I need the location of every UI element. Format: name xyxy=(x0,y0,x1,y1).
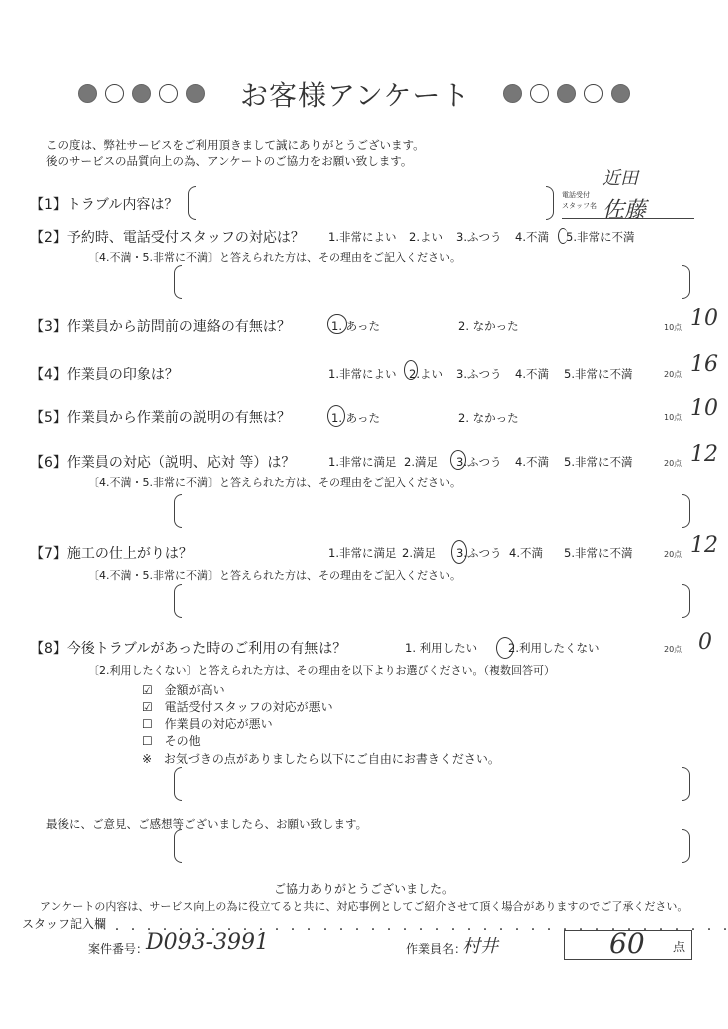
intro-line-1: この度は、弊社サービスをご利用頂きまして誠にありがとうございます。 xyxy=(46,137,425,153)
empty-checkbox-icon: ☐ xyxy=(142,717,153,731)
q6-option-5[interactable]: 5.非常に不満 xyxy=(564,454,632,470)
thanks-text: ご協力ありがとうございました。 xyxy=(0,880,728,897)
q6-reason-prompt: 〔4.不満・5.非常に不満〕と答えられた方は、その理由をご記入ください。 xyxy=(88,474,461,490)
q4-option-2[interactable]: 2.よい xyxy=(409,366,443,382)
q8-score: 0 xyxy=(698,630,712,655)
question-text: 作業員から作業前の説明の有無は？ xyxy=(67,410,291,426)
question-text: 予約時、電話受付スタッフの対応は？ xyxy=(67,230,305,246)
bracket-right xyxy=(682,829,690,863)
final-prompt: 最後に、ご意見、ご感想等ございましたら、お願い致します。 xyxy=(46,816,367,832)
page-title: お客様アンケート xyxy=(240,74,470,114)
q5-score: 10 xyxy=(690,396,718,421)
question-number: 【6】 xyxy=(30,455,67,471)
bracket-right xyxy=(682,265,690,299)
q6-option-1[interactable]: 1.非常に満足 xyxy=(328,454,396,470)
total-score-box: 60 点 xyxy=(564,930,692,960)
checkbox-label: その他 xyxy=(165,734,201,748)
q6-points-label: 20点 xyxy=(664,458,682,469)
question-3: 【3】作業員から訪問前の連絡の有無は？ xyxy=(30,316,291,336)
filled-dot-icon xyxy=(611,84,630,103)
note-text: お気づきの点がありましたら以下にご自由にお書きください。 xyxy=(164,752,500,766)
q7-score: 12 xyxy=(690,533,718,558)
q2-option-4[interactable]: 4.不満 xyxy=(515,229,549,245)
bracket-left xyxy=(174,265,182,299)
q6-option-3[interactable]: 3.ふつう xyxy=(456,454,501,470)
question-number: 【5】 xyxy=(30,410,67,426)
question-number: 【1】 xyxy=(30,197,67,213)
bracket-left xyxy=(174,584,182,618)
q8-reason-prompt: 〔2.利用したくない〕と答えられた方は、その理由を以下よりお選びください。（複数… xyxy=(88,662,555,678)
q7-option-2[interactable]: 2.満足 xyxy=(402,545,436,561)
checkbox-other[interactable]: ☐ その他 xyxy=(142,732,201,749)
filled-dot-icon xyxy=(503,84,522,103)
q8-option-1[interactable]: 1. 利用したい xyxy=(405,640,477,656)
checkbox-label: 作業員の対応が悪い xyxy=(165,717,273,731)
worker-name-value[interactable]: 村井 xyxy=(462,932,498,958)
title-row: お客様アンケート xyxy=(0,72,728,116)
checked-checkbox-icon: ☑ xyxy=(142,700,153,714)
q2-reason-prompt: 〔4.不満・5.非常に不満〕と答えられた方は、その理由をご記入ください。 xyxy=(88,249,461,265)
q3-score: 10 xyxy=(690,306,718,331)
question-1: 【1】トラブル内容は？ xyxy=(30,194,178,214)
empty-checkbox-icon: ☐ xyxy=(142,734,153,748)
q8-points-label: 20点 xyxy=(664,644,682,655)
phone-staff-label-1: 電話受付 xyxy=(562,190,597,201)
checkbox-label: 金額が高い xyxy=(165,683,225,697)
q7-option-1[interactable]: 1.非常に満足 xyxy=(328,545,396,561)
filled-dot-icon xyxy=(132,84,151,103)
q5-option-2[interactable]: 2. なかった xyxy=(458,410,519,426)
q7-option-3[interactable]: 3.ふつう xyxy=(456,545,501,561)
q7-points-label: 20点 xyxy=(664,549,682,560)
q4-score: 16 xyxy=(690,352,718,377)
intro-line-2: 後のサービスの品質向上の為、アンケートのご協力をお願い致します。 xyxy=(46,153,412,169)
q4-option-3[interactable]: 3.ふつう xyxy=(456,366,501,382)
bracket-left xyxy=(174,829,182,863)
q7-option-5[interactable]: 5.非常に不満 xyxy=(564,545,632,561)
question-number: 【4】 xyxy=(30,367,67,383)
handwritten-staff-note: 近田 xyxy=(602,164,638,190)
staff-section-label: スタッフ記入欄 xyxy=(22,915,106,932)
q3-option-2[interactable]: 2. なかった xyxy=(458,318,519,334)
question-text: 今後トラブルがあった時のご利用の有無は？ xyxy=(67,641,346,657)
phone-staff-label-2: スタッフ名 xyxy=(562,201,597,212)
reference-mark-icon: ※ xyxy=(142,752,152,766)
question-5: 【5】作業員から作業前の説明の有無は？ xyxy=(30,407,291,427)
q2-option-3[interactable]: 3.ふつう xyxy=(456,229,501,245)
question-6: 【6】作業員の対応（説明、応対 等）は？ xyxy=(30,452,295,472)
q2-reason-field[interactable] xyxy=(182,267,682,297)
checkbox-label: 電話受付スタッフの対応が悪い xyxy=(165,700,333,714)
handwritten-staff-name[interactable]: 佐藤 xyxy=(602,193,646,224)
checkbox-high-price[interactable]: ☑ 金額が高い xyxy=(142,681,225,698)
q5-points-label: 10点 xyxy=(664,412,682,423)
checkbox-worker-bad[interactable]: ☐ 作業員の対応が悪い xyxy=(142,715,273,732)
case-number-label: 案件番号： xyxy=(88,940,148,957)
checked-checkbox-icon: ☑ xyxy=(142,683,153,697)
question-number: 【7】 xyxy=(30,546,67,562)
q6-option-2[interactable]: 2.満足 xyxy=(404,454,438,470)
q7-reason-field[interactable] xyxy=(182,586,682,616)
question-2: 【2】予約時、電話受付スタッフの対応は？ xyxy=(30,227,305,247)
bracket-right xyxy=(682,767,690,801)
q7-option-4[interactable]: 4.不満 xyxy=(509,545,543,561)
q6-reason-field[interactable] xyxy=(182,496,682,526)
answer-field-left-bracket xyxy=(188,186,196,220)
q7-reason-prompt: 〔4.不満・5.非常に不満〕と答えられた方は、その理由をご記入ください。 xyxy=(88,567,461,583)
question-number: 【2】 xyxy=(30,230,67,246)
final-comment-field[interactable] xyxy=(182,831,682,861)
worker-name-label: 作業員名： xyxy=(406,940,466,957)
total-score: 60 xyxy=(609,927,645,960)
question-text: 作業員の印象は？ xyxy=(67,367,179,383)
bracket-left xyxy=(174,767,182,801)
open-dot-icon xyxy=(159,84,178,103)
q3-points-label: 10点 xyxy=(664,322,682,333)
question-text: トラブル内容は？ xyxy=(67,197,178,213)
q6-score: 12 xyxy=(690,442,718,467)
question-number: 【8】 xyxy=(30,641,67,657)
disclaimer-text: アンケートの内容は、サービス向上の為に役立てると共に、対応事例としてご紹介させて… xyxy=(40,898,688,914)
phone-staff-label: 電話受付 スタッフ名 xyxy=(562,190,597,212)
question-text: 作業員の対応（説明、応対 等）は？ xyxy=(67,455,295,471)
bracket-left xyxy=(174,494,182,528)
filled-dot-icon xyxy=(186,84,205,103)
q2-option-2[interactable]: 2.よい xyxy=(409,229,443,245)
filled-dot-icon xyxy=(78,84,97,103)
q2-option-1[interactable]: 1.非常によい xyxy=(328,229,396,245)
q8-comment-field[interactable] xyxy=(182,769,682,799)
question-text: 作業員から訪問前の連絡の有無は？ xyxy=(67,319,291,335)
q4-option-5[interactable]: 5.非常に不満 xyxy=(564,366,632,382)
question-8: 【8】今後トラブルがあった時のご利用の有無は？ xyxy=(30,638,346,658)
q4-option-4[interactable]: 4.不満 xyxy=(515,366,549,382)
q4-option-1[interactable]: 1.非常によい xyxy=(328,366,396,382)
q2-option-5[interactable]: 5.非常に不満 xyxy=(566,229,634,245)
open-dot-icon xyxy=(584,84,603,103)
case-number-value[interactable]: D093-3991 xyxy=(146,930,269,955)
filled-dot-icon xyxy=(557,84,576,103)
question-number: 【3】 xyxy=(30,319,67,335)
bracket-right xyxy=(682,584,690,618)
checkbox-phone-staff-bad[interactable]: ☑ 電話受付スタッフの対応が悪い xyxy=(142,698,333,715)
q6-option-4[interactable]: 4.不満 xyxy=(515,454,549,470)
q4-points-label: 20点 xyxy=(664,369,682,380)
question-7: 【7】施工の仕上がりは？ xyxy=(30,543,193,563)
bracket-right xyxy=(682,494,690,528)
q8-option-2[interactable]: 2.利用したくない xyxy=(508,640,599,656)
q5-option-1[interactable]: 1. あった xyxy=(331,410,380,426)
trouble-content-field[interactable] xyxy=(196,188,546,218)
open-dot-icon xyxy=(530,84,549,103)
answer-field-right-bracket xyxy=(546,186,554,220)
q3-option-1[interactable]: 1. あった xyxy=(331,318,380,334)
open-dot-icon xyxy=(105,84,124,103)
question-text: 施工の仕上がりは？ xyxy=(67,546,193,562)
staff-name-underline xyxy=(562,218,694,219)
selected-mark-icon xyxy=(558,228,568,244)
q8-note: ※ お気づきの点がありましたら以下にご自由にお書きください。 xyxy=(142,750,500,767)
score-unit: 点 xyxy=(673,938,685,955)
question-4: 【4】作業員の印象は？ xyxy=(30,364,179,384)
